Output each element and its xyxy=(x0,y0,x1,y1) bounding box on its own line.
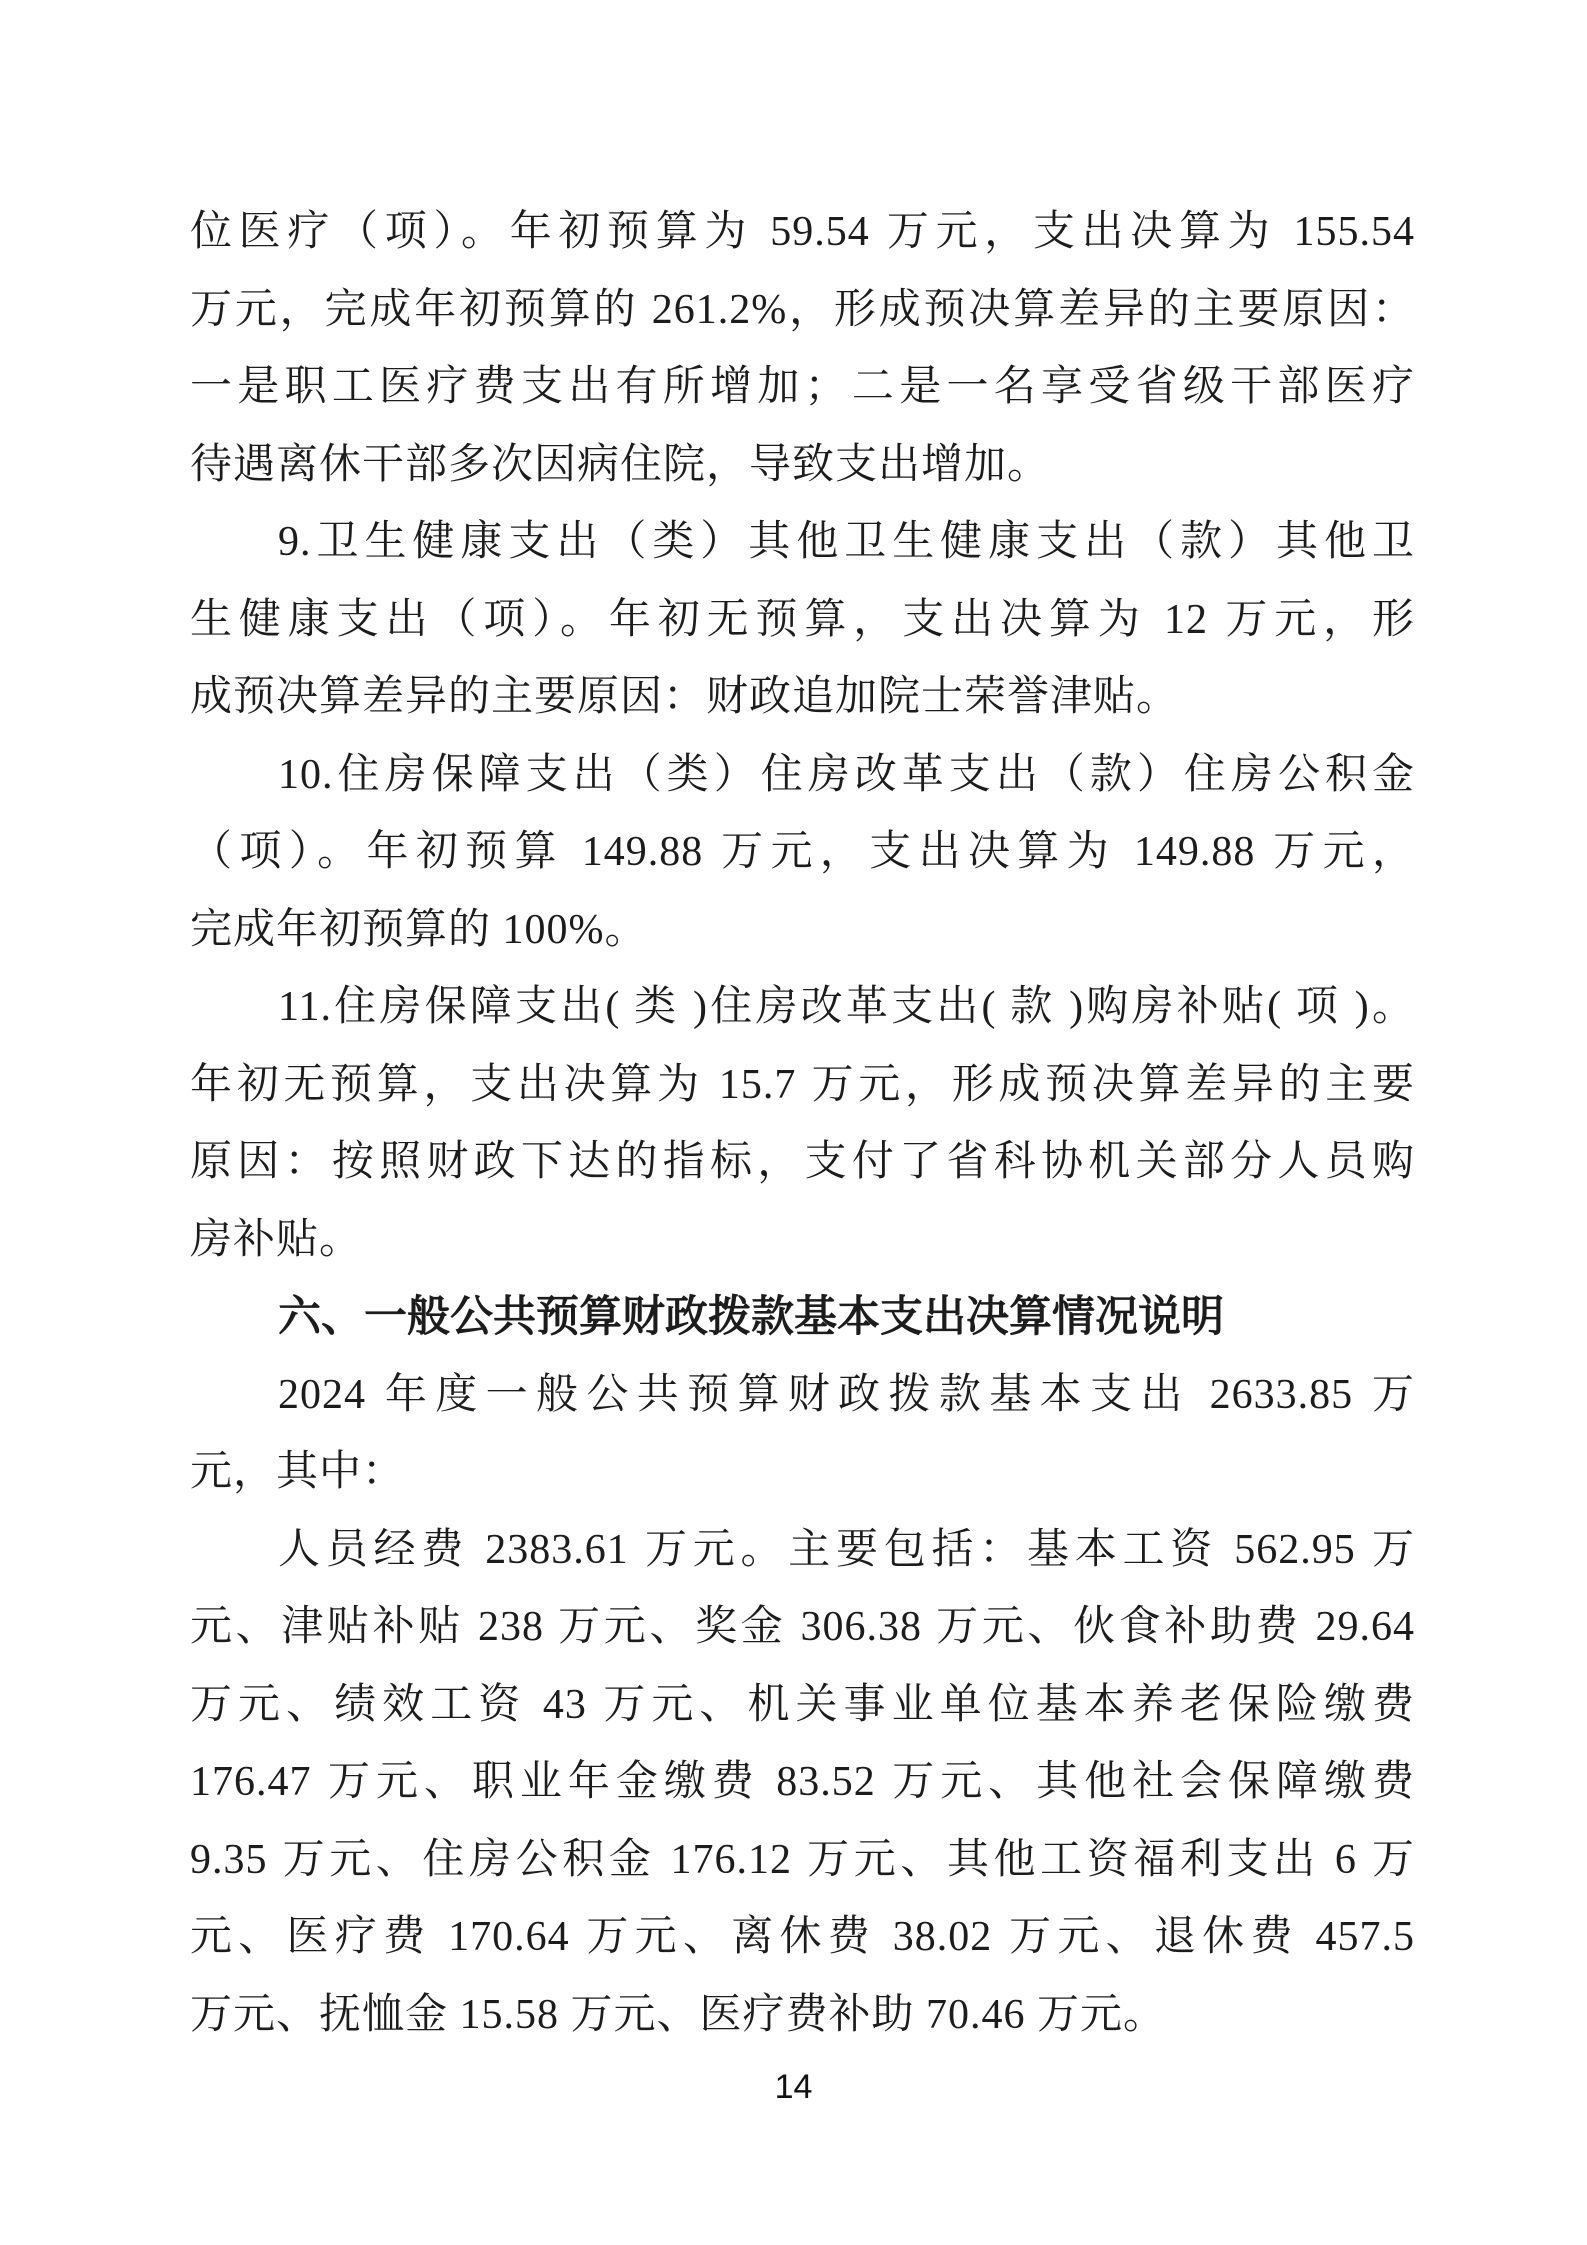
text-line: 万元、抚恤金 15.58 万元、医疗费补助 70.46 万元。 xyxy=(190,1977,1415,2055)
text-line: （项）。年初预算 149.88 万元，支出决算为 149.88 万元， xyxy=(190,814,1415,892)
text-line: 房补贴。 xyxy=(190,1202,1415,1280)
text-line: 元、医疗费 170.64 万元、离休费 38.02 万元、退休费 457.5 xyxy=(190,1899,1415,1977)
document-body: 位医疗（项）。年初预算为 59.54 万元，支出决算为 155.54 万元，完成… xyxy=(190,194,1415,2054)
text-line: 9.35 万元、住房公积金 176.12 万元、其他工资福利支出 6 万 xyxy=(190,1822,1415,1900)
text-line: 待遇离休干部多次因病住院，导致支出增加。 xyxy=(190,427,1415,505)
text-line: 年初无预算，支出决算为 15.7 万元，形成预决算差异的主要 xyxy=(190,1047,1415,1125)
text-line: 生健康支出（项）。年初无预算，支出决算为 12 万元，形 xyxy=(190,582,1415,660)
text-line: 原因：按照财政下达的指标，支付了省科协机关部分人员购 xyxy=(190,1124,1415,1202)
text-line-item-11: 11.住房保障支出( 类 )住房改革支出( 款 )购房补贴( 项 )。 xyxy=(190,969,1415,1047)
document-page: 位医疗（项）。年初预算为 59.54 万元，支出决算为 155.54 万元，完成… xyxy=(0,0,1587,2245)
text-line: 万元，完成年初预算的 261.2%，形成预决算差异的主要原因： xyxy=(190,272,1415,350)
text-line: 2024 年度一般公共预算财政拨款基本支出 2633.85 万 xyxy=(190,1357,1415,1435)
text-line: 元、津贴补贴 238 万元、奖金 306.38 万元、伙食补助费 29.64 xyxy=(190,1589,1415,1667)
text-line: 一是职工医疗费支出有所增加；二是一名享受省级干部医疗 xyxy=(190,349,1415,427)
text-line-item-9: 9.卫生健康支出（类）其他卫生健康支出（款）其他卫 xyxy=(190,504,1415,582)
text-line: 成预决算差异的主要原因：财政追加院士荣誉津贴。 xyxy=(190,659,1415,737)
text-line: 人员经费 2383.61 万元。主要包括：基本工资 562.95 万 xyxy=(190,1512,1415,1590)
text-line: 万元、绩效工资 43 万元、机关事业单位基本养老保险缴费 xyxy=(190,1667,1415,1745)
text-line: 176.47 万元、职业年金缴费 83.52 万元、其他社会保障缴费 xyxy=(190,1744,1415,1822)
text-line: 位医疗（项）。年初预算为 59.54 万元，支出决算为 155.54 xyxy=(190,194,1415,272)
page-number: 14 xyxy=(0,2062,1587,2112)
section-6-heading: 六、一般公共预算财政拨款基本支出决算情况说明 xyxy=(190,1279,1415,1357)
text-line: 元，其中： xyxy=(190,1434,1415,1512)
text-line-item-10: 10.住房保障支出（类）住房改革支出（款）住房公积金 xyxy=(190,737,1415,815)
text-line: 完成年初预算的 100%。 xyxy=(190,892,1415,970)
